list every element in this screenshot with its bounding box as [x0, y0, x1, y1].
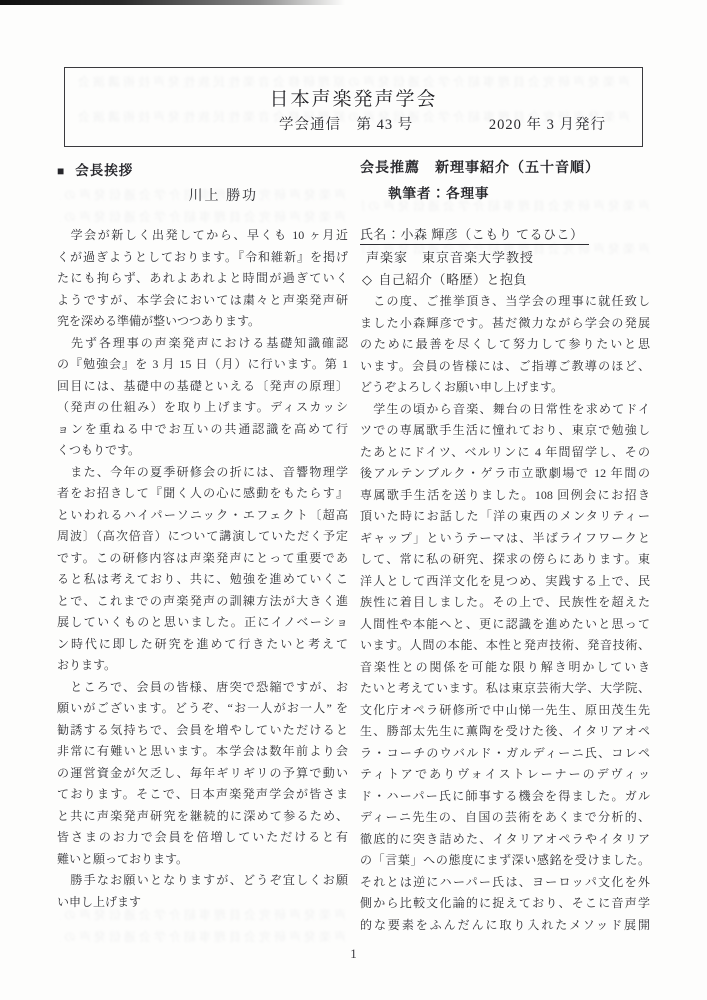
text-line: ディーニ先生の、自国の芸術をあくまで分析的、 [360, 807, 650, 829]
profile-name-text: 氏名：小森 輝彦（こもり てるひこ） [360, 224, 589, 245]
text-line: 洋人として西洋文化を見つめ、実践する上で、民 [360, 571, 650, 593]
text-line: のために最善を尽くして努力して参りたいと思 [360, 334, 650, 356]
masthead-subtitle-row: 学会通信 第 43 号 2020 年 3 月発行 [65, 113, 642, 135]
text-line: 学生の頃から音楽、舞台の日常性を求めてドイ [360, 399, 650, 421]
text-line: 音楽性との関係を可能な限り解き明かしていき [360, 657, 650, 679]
text-line: たにも拘らず、あれよあれよと時間が過ぎていく [57, 268, 348, 290]
text-line: ております。そこで、日本声楽発声学会が皆さま [57, 784, 348, 806]
text-line: 先ず各理事の声楽発声における基礎知識確認 [57, 333, 348, 355]
profile-intro-heading: ◇自己紹介（略歴）と抱負 [362, 269, 652, 288]
text-line: の運営資金が欠乏し、毎年ギリギリの予算で動い [57, 763, 348, 785]
diamond-bullet-icon: ◇ [362, 272, 373, 287]
text-line: の『勉強会』を 3 月 15 日（月）に行います。第 1 [57, 354, 348, 376]
text-line: 後アルテンブルク・ゲラ市立歌劇場で 12 年間の [360, 463, 650, 485]
text-line: です。この研修内容は声楽発声にとって重要であ [57, 548, 348, 570]
text-line: 勝手なお願いとなりますが、どうぞ宜しくお願 [57, 870, 348, 892]
text-line: 側から比較文化論的に捉えており、そこに音声学 [360, 893, 650, 915]
text-line: 者をお招きして『聞く人の心に感動をもたらす』 [57, 483, 348, 505]
text-line: 回目には、基礎中の基礎といえる〔発声の原理〕 [57, 376, 348, 398]
text-line: ると私は考えており、共に、勉強を進めていくこ [57, 569, 348, 591]
text-line: ツでの専属歌手生活に憧れており、東京で勉強し [360, 420, 650, 442]
text-line: 族性に着目しました。その上で、民族性を超えた [360, 592, 650, 614]
text-line: 皆さまのお力で会員を倍増していただけると有 [57, 827, 348, 849]
text-line: 頂いた時にお話した「洋の東西のメンタリティー [360, 506, 650, 528]
text-line: の「言葉」への態度にまず深い感銘を受けました。 [360, 850, 650, 872]
profile-intro-text: 自己紹介（略歴）と抱負 [379, 272, 528, 287]
left-section-title: 会長挨拶 [75, 163, 133, 178]
text-line: たあとにドイツ、ベルリンに 4 年間留学し、その [360, 442, 650, 464]
text-line: この度、ご推挙頂き、当学会の理事に就任致し [360, 291, 650, 313]
text-line: くが過ぎようとしております。『令和維新』を掲げ [57, 247, 348, 269]
text-line: と共に声楽発声研究を継続的に深めて参るため、 [57, 806, 348, 828]
text-line: ました小森輝彦です。甚だ微力ながら学会の発展 [360, 313, 650, 335]
left-column-body: 学会が新しく出発してから、早くも 10 ヶ月近くが過ぎようとしております。『令和… [57, 225, 348, 913]
text-line: 願いがございます。どうぞ、“お一人がお一人” を [57, 698, 348, 720]
text-line: 展していくものと思いました。正にイノベーショ [57, 612, 348, 634]
text-line: 人間性や本能へと、更に認識を進めたいと思って [360, 614, 650, 636]
text-line: い申し上げます [57, 892, 348, 914]
text-line: います。会員の皆様には、ご指導ご教導のほど、 [360, 356, 650, 378]
text-line: 専属歌手生活を送りました。108 回例会にお招き [360, 485, 650, 507]
bleed-through-artifact: 声楽発声研究会員理事紹介学会通信発声の原理研修会音楽性民族性発声技術講演会員募集… [60, 928, 346, 945]
text-line: 勧誘する気持ちで、会員を増やしていただけると [57, 720, 348, 742]
newsletter-issue-label: 学会通信 第 43 号 [279, 113, 413, 134]
text-line: 的な要素をふんだんに取り入れたメソッド展開 [360, 915, 650, 937]
left-section-heading: ■会長挨拶 [57, 159, 348, 179]
byline: 執筆者：各理事 [388, 182, 652, 202]
text-line: たいと考えています。私は東京芸術大学、大学院、 [360, 678, 650, 700]
right-section-heading: 会長推薦 新理事紹介（五十音順） [360, 157, 652, 177]
text-line: 周波〕（高次倍音）について講演していただく予定 [57, 526, 348, 548]
text-line: 難いと願っております。 [57, 849, 348, 871]
bleed-through-artifact: 声楽発声研究会員理事紹介学会通信発声の原理研修会音楽性民族性発声技術講演会員募集… [60, 208, 346, 225]
text-line: ところで、会員の皆様、唐突で恐縮ですが、お [57, 677, 348, 699]
profile-name-line: 氏名：小森 輝彦（こもり てるひこ） [360, 224, 652, 245]
masthead-box: 日本声楽発声学会 学会通信 第 43 号 2020 年 3 月発行 [64, 67, 643, 147]
right-column-body: この度、ご推挙頂き、当学会の理事に就任致しました小森輝彦です。甚だ微力ながら学会… [360, 291, 650, 936]
square-bullet-icon: ■ [57, 164, 65, 178]
text-line: 学会が新しく出発してから、早くも 10 ヶ月近 [57, 225, 348, 247]
publication-date: 2020 年 3 月発行 [489, 113, 606, 134]
text-line: して、常に私の研究、探求の傍らにあります。東 [360, 549, 650, 571]
text-line: 生、勝部太先生に薫陶を受けた後、イタリアオペ [360, 721, 650, 743]
profile-title-line: 声楽家 東京音楽大学教授 [366, 247, 652, 266]
page-number: 1 [0, 946, 707, 962]
text-line: それとは逆にハーパー氏は、ヨーロッパ文化を外 [360, 872, 650, 894]
text-line: 徹底的に突き詰めた、イタリアオペラやイタリア [360, 829, 650, 851]
text-line: とで、これまでの声楽発声の訓練方法が大きく進 [57, 591, 348, 613]
scanner-edge-artifact [0, 0, 345, 5]
organization-title: 日本声楽発声学会 [65, 84, 642, 111]
text-line: ギャップ」というテーマは、半ばライフワークと [360, 528, 650, 550]
text-line: ン時代に即した研究を進めて行きたいと考えて [57, 634, 348, 656]
text-line: ド・ハーパー氏に師事する機会を得ました。ガル [360, 786, 650, 808]
text-line: くつもりです。 [57, 440, 348, 462]
text-line: 非常に有難いと思います。本学会は数年前より会 [57, 741, 348, 763]
text-line: ョンを重ねる中でお互いの共通認識を高めて行 [57, 419, 348, 441]
text-line: また、今年の夏季研修会の折には、音響物理学 [57, 462, 348, 484]
text-line: どうぞよろしくお願い申し上げます。 [360, 377, 650, 399]
text-line: ティトアでありヴォイストレーナーのデヴィッ [360, 764, 650, 786]
text-line: ラ・コーチのウバルド・ガルディーニ氏、コレペ [360, 743, 650, 765]
text-line: おります。 [57, 655, 348, 677]
text-line: といわれるハイパーソニック・エフェクト〔超高 [57, 505, 348, 527]
text-line: 文化庁オペラ研修所で中山悌一先生、原田茂生先 [360, 700, 650, 722]
text-line: ようですが、本学会においては粛々と声楽発声研 [57, 290, 348, 312]
author-name: 川上 勝功 [57, 185, 348, 205]
text-line: （発声の仕組み）を取り上げます。ディスカッシ [57, 397, 348, 419]
scanned-newsletter-page: 声楽発声研究会員理事紹介学会通信発声の原理研修会音楽性民族性発声技術講演会員募集… [0, 0, 707, 1000]
text-line: います。人間の本能、本性と発声技術、発音技術、 [360, 635, 650, 657]
text-line: 究を深める準備が整いつつあります。 [57, 311, 348, 333]
